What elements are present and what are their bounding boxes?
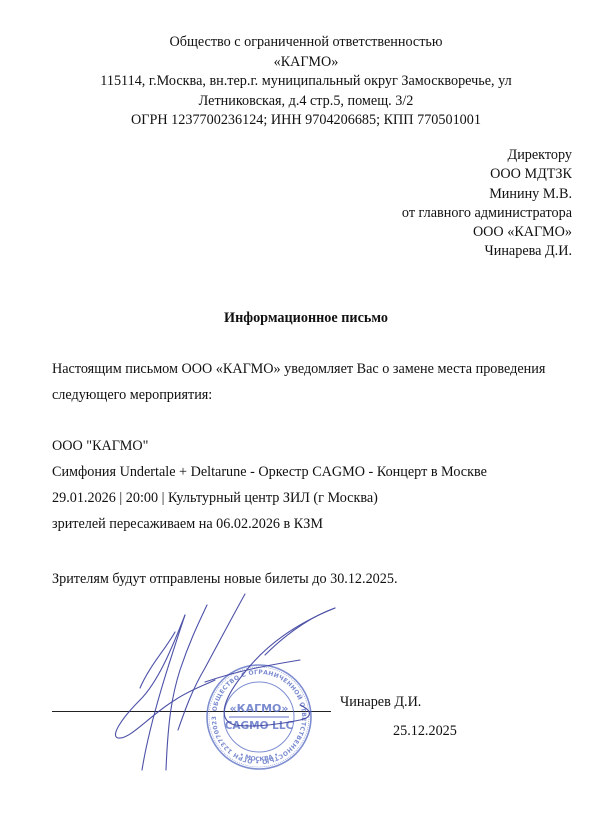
company-legal-form: Общество с ограниченной ответственностью xyxy=(0,33,612,53)
addressee-position: Директору xyxy=(402,146,572,165)
company-registration-numbers: ОГРН 1237700236124; ИНН 9704206685; КПП … xyxy=(0,111,612,131)
intro-line-1: Настоящим письмом ООО «КАГМО» уведомляет… xyxy=(52,356,592,382)
addressee-company: ООО МДТЗК xyxy=(402,165,572,184)
company-address-line-1: 115114, г.Москва, вн.тер.г. муниципальны… xyxy=(0,72,612,92)
signer-name: Чинарев Д.И. xyxy=(340,694,421,711)
event-transfer-note: зрителей пересаживаем на 06.02.2026 в КЗ… xyxy=(52,511,592,537)
company-address-line-2: Летниковская, д.4 стр.5, помещ. 3/2 xyxy=(0,92,612,112)
letter-title: Информационное письмо xyxy=(0,310,612,327)
intro-line-2: следующего мероприятия: xyxy=(52,382,592,408)
event-organizer: ООО "КАГМО" xyxy=(52,433,592,459)
signature-date: 25.12.2025 xyxy=(393,723,457,740)
ticket-notice-text: Зрителям будут отправлены новые билеты д… xyxy=(52,566,592,592)
ticket-notice: Зрителям будут отправлены новые билеты д… xyxy=(52,566,592,592)
company-stamp: ОБЩЕСТВО С ОГРАНИЧЕННОЙ ОТВЕТСТВЕННОСТЬЮ… xyxy=(205,663,313,771)
sender-position: от главного администратора xyxy=(402,204,572,223)
stamp-center-bottom: CAGMO LLC xyxy=(225,720,294,732)
event-title: Симфония Undertale + Deltarune - Оркестр… xyxy=(52,459,592,485)
event-details: ООО "КАГМО" Симфония Undertale + Deltaru… xyxy=(52,433,592,537)
addressee-block: Директору ООО МДТЗК Минину М.В. от главн… xyxy=(402,146,572,262)
addressee-name: Минину М.В. xyxy=(402,185,572,204)
sender-company: ООО «КАГМО» xyxy=(402,223,572,242)
company-name: «КАГМО» xyxy=(0,53,612,73)
company-letterhead: Общество с ограниченной ответственностью… xyxy=(0,33,612,131)
event-date-venue: 29.01.2026 | 20:00 | Культурный центр ЗИ… xyxy=(52,485,592,511)
sender-name: Чинарева Д.И. xyxy=(402,242,572,261)
letter-intro: Настоящим письмом ООО «КАГМО» уведомляет… xyxy=(52,356,592,408)
stamp-center-top: «КАГМО» xyxy=(229,702,288,715)
